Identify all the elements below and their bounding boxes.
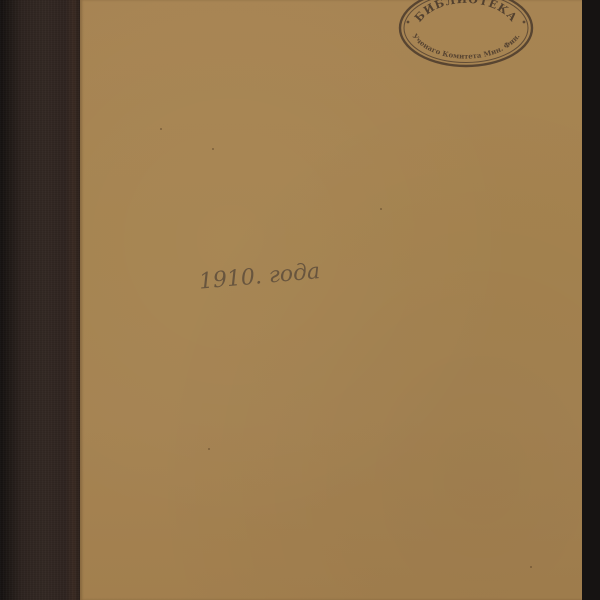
scan-margin-right [582, 0, 600, 600]
paper-speck [380, 208, 382, 210]
paper-speck [160, 128, 162, 130]
svg-text:БИБЛИОТЕКА: БИБЛИОТЕКА [412, 0, 520, 25]
stamp-subtitle: Ученаго Комитета Мин. Фин. [410, 32, 521, 61]
paper-speck [530, 566, 532, 568]
scan-page: БИБЛИОТЕКА Ученаго Комитета Мин. Фин. 19… [0, 0, 600, 600]
cover-board [80, 0, 582, 600]
svg-text:Ученаго Комитета Мин. Фин.: Ученаго Комитета Мин. Фин. [410, 32, 521, 61]
paper-speck [212, 148, 214, 150]
paper-speck [208, 448, 210, 450]
library-stamp: БИБЛИОТЕКА Ученаго Комитета Мин. Фин. [396, 0, 536, 68]
cloth-spine [0, 0, 80, 600]
stamp-title: БИБЛИОТЕКА [412, 0, 520, 25]
handwritten-year-note: 1910. года [195, 248, 365, 298]
handwritten-note-text: 1910. года [198, 259, 321, 294]
